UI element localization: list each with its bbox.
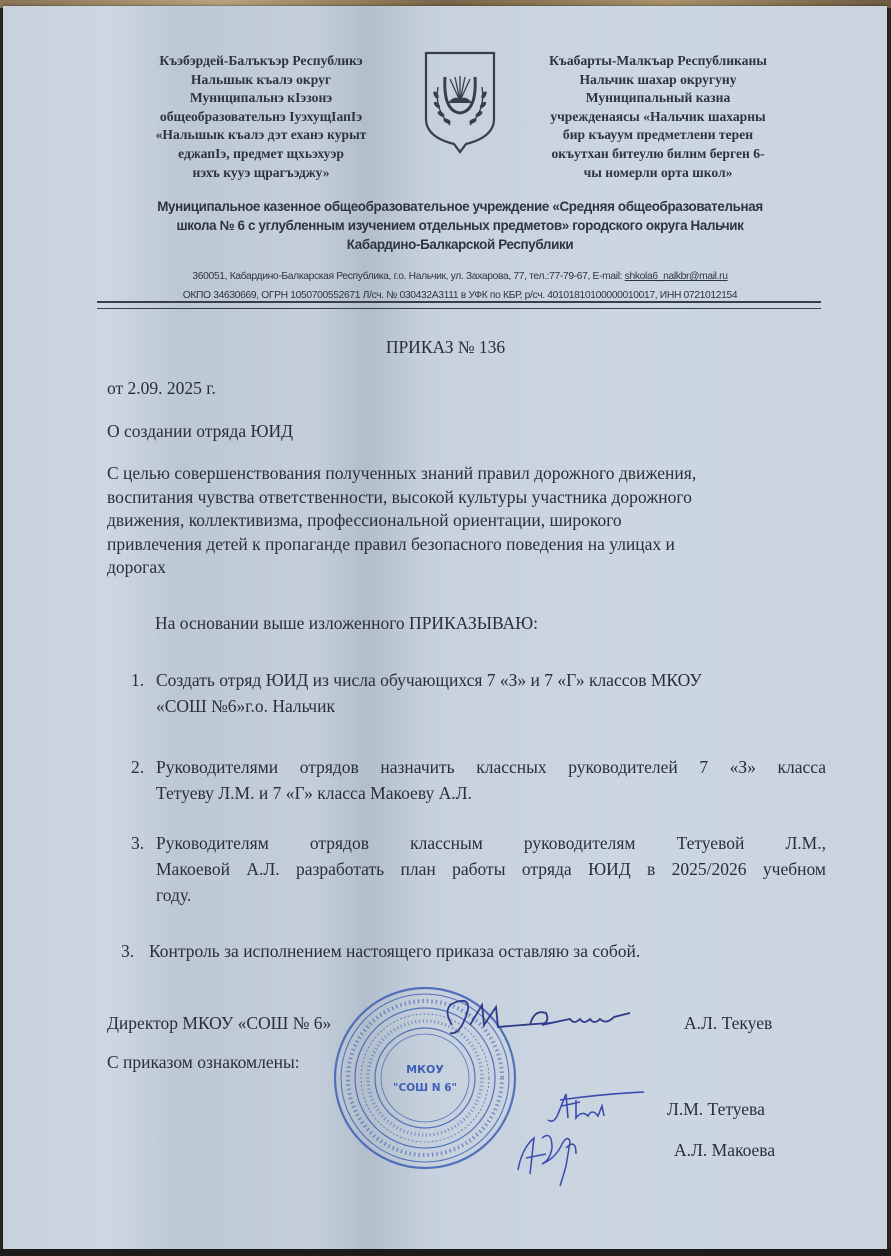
item-line: Руководителями отрядов назначить классны… xyxy=(156,754,826,780)
makoeva-signature-icon xyxy=(512,1118,592,1188)
item-number: 3. xyxy=(121,938,134,964)
item-number: 3. xyxy=(131,830,144,856)
header-line: чы номерли орта школ» xyxy=(508,164,808,183)
header-balkar-block: Къабарты-Малкъар Республиканы Нальчик ша… xyxy=(508,52,808,182)
item-line: Контроль за исполнением настоящего прика… xyxy=(149,938,640,964)
school-name-line: Кабардино-Балкарской Республики xyxy=(100,235,820,254)
header-line: еджапIэ, предмет щхьэхуэр xyxy=(103,145,419,164)
order-preamble: С целью совершенствования полученных зна… xyxy=(107,462,827,580)
header-line: учрежденаясы «Нальчик шахарны xyxy=(508,108,808,127)
preamble-line: дорогах xyxy=(107,556,827,580)
header-line: «Нальшык къалэ дэт еханэ курыт xyxy=(103,126,419,145)
director-name: А.Л. Текуев xyxy=(684,1013,772,1034)
director-label: Директор МКОУ «СОШ № 6» xyxy=(107,1013,331,1034)
header-divider xyxy=(97,301,821,309)
preamble-line: воспитания чувства ответственности, высо… xyxy=(107,486,827,510)
school-contacts: 360051, Кабардино-Балкарская Республика,… xyxy=(100,267,820,305)
item-line: году. xyxy=(156,882,826,908)
table-surface-bottom xyxy=(0,1249,891,1256)
item-line: Создать отряд ЮИД из числа обучающихся 7… xyxy=(156,667,702,693)
order-subject: О создании отряда ЮИД xyxy=(107,421,293,442)
stamp-line-2: "СОШ N 6" xyxy=(393,1082,457,1094)
address-text: 360051, Кабардино-Балкарская Республика,… xyxy=(192,271,624,282)
item-number: 2. xyxy=(131,754,144,780)
header-line: бир къауум предметлени терен xyxy=(508,126,808,145)
email-link[interactable]: shkola6_nalkbr@mail.ru xyxy=(625,271,728,282)
header-line: Муниципальнэ кIэзонэ xyxy=(103,89,419,108)
item-line: Руководителям отрядов классным руководит… xyxy=(156,830,826,856)
header-line: Нальчик шахар округуну xyxy=(508,71,808,90)
director-signature-icon xyxy=(430,995,640,1045)
preamble-line: С целью совершенствования полученных зна… xyxy=(107,462,827,486)
header-kabardian-block: Къэбэрдей-Балъкъэр Республикэ Нальшык къ… xyxy=(103,52,419,182)
order-title: ПРИКАЗ № 136 xyxy=(0,337,891,358)
school-name-line: Муниципальное казенное общеобразовательн… xyxy=(100,197,820,216)
nalchik-coat-of-arms-icon xyxy=(420,49,500,154)
acquainted-label: С приказом ознакомлены: xyxy=(107,1052,300,1073)
header-line: окъутхан битеулю билим берген 6- xyxy=(508,145,808,164)
item-line: Макоевой А.Л. разработать план работы от… xyxy=(156,856,826,882)
item-line: «СОШ №6»г.о. Нальчик xyxy=(156,693,702,719)
header-line: Муниципальный казна xyxy=(508,89,808,108)
school-name-line: школа № 6 с углубленным изучением отдель… xyxy=(100,216,820,235)
header-line: Къэбэрдей-Балъкъэр Республикэ xyxy=(103,52,419,71)
item-line: Тетуеву Л.М. и 7 «Г» класса Макоеву А.Л. xyxy=(156,780,826,806)
address-line: 360051, Кабардино-Балкарская Республика,… xyxy=(100,267,820,286)
order-basis: На основании выше изложенного ПРИКАЗЫВАЮ… xyxy=(155,613,538,634)
preamble-line: привлечения детей к пропаганде правил бе… xyxy=(107,533,827,557)
school-full-name: Муниципальное казенное общеобразовательн… xyxy=(100,197,820,254)
stamp-line-1: МКОУ xyxy=(406,1063,444,1076)
header-line: общеобразовательнэ IуэхущIапIэ xyxy=(103,108,419,127)
header-line: Къабарты-Малкъар Республиканы xyxy=(508,52,808,71)
acquainted-name-tetueva: Л.М. Тетуева xyxy=(667,1099,765,1120)
header-line: нэхъ кууэ щрагъэджу» xyxy=(103,164,419,183)
item-number: 1. xyxy=(131,667,144,693)
header-line: Нальшык къалэ округ xyxy=(103,71,419,90)
order-date: от 2.09. 2025 г. xyxy=(107,378,216,399)
preamble-line: движения, коллективизма, профессионально… xyxy=(107,509,827,533)
acquainted-name-makoeva: А.Л. Макоева xyxy=(674,1140,775,1161)
